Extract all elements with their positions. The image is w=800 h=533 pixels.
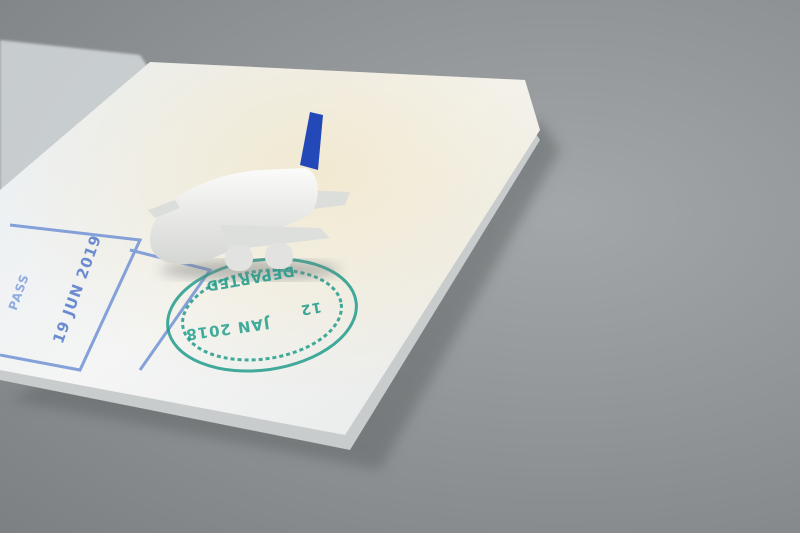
photo-scene: 19 JUN 2019 PASS DEPARTED 12 JAN 2018 bbox=[0, 0, 800, 533]
passport-illustration bbox=[0, 0, 800, 533]
